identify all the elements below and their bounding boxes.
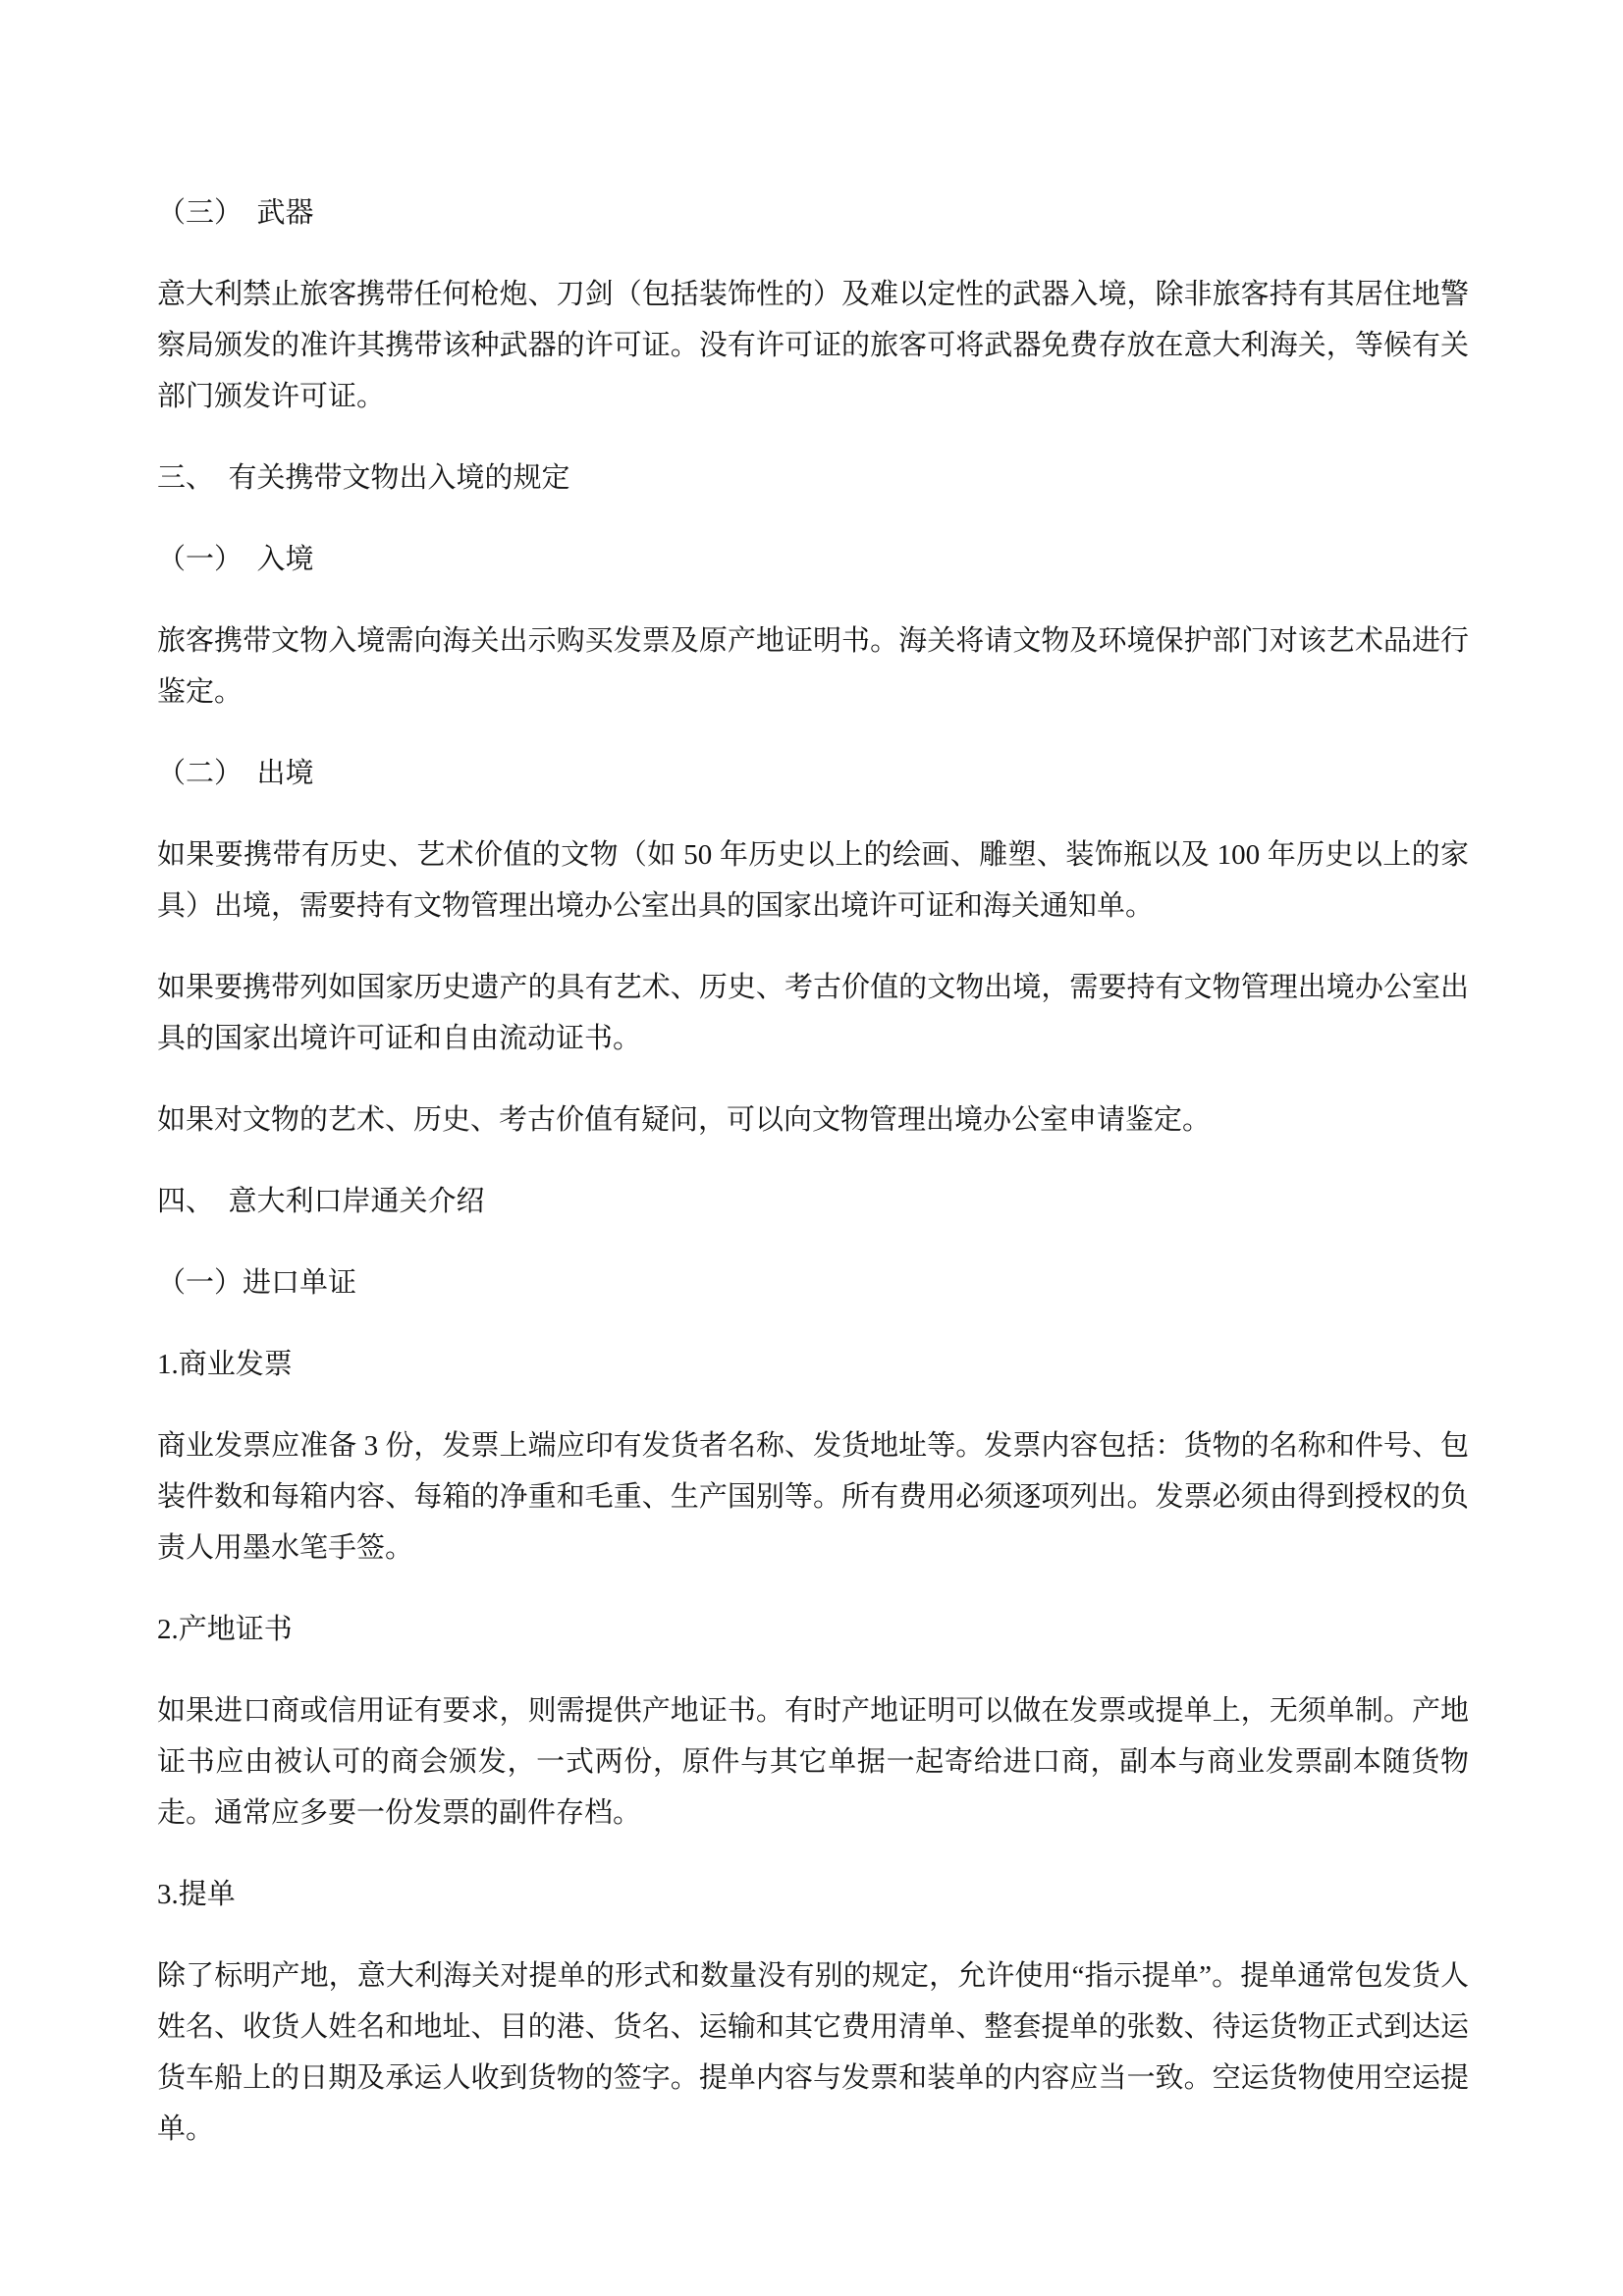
paragraph-exit-rule-1: 如果要携带有历史、艺术价值的文物（如 50 年历史以上的绘画、雕塑、装饰瓶以及 …: [157, 829, 1469, 932]
paragraph-weapons-rule: 意大利禁止旅客携带任何枪炮、刀剑（包括装饰性的）及难以定性的武器入境，除非旅客持…: [157, 269, 1469, 422]
heading-commercial-invoice: 1.商业发票: [157, 1339, 1469, 1390]
heading-part-3-cultural-relics: 三、 有关携带文物出入境的规定: [157, 453, 1469, 504]
paragraph-entry-rule: 旅客携带文物入境需向海关出示购买发票及原产地证明书。海关将请文物及环境保护部门对…: [157, 615, 1469, 718]
heading-entry: （一） 入境: [157, 534, 1469, 585]
paragraph-exit-rule-2: 如果要携带列如国家历史遗产的具有艺术、历史、考古价值的文物出境，需要持有文物管理…: [157, 962, 1469, 1064]
paragraph-commercial-invoice: 商业发票应准备 3 份，发票上端应印有发货者名称、发货地址等。发票内容包括：货物…: [157, 1420, 1469, 1574]
heading-exit: （二） 出境: [157, 748, 1469, 799]
paragraph-bill-of-lading: 除了标明产地，意大利海关对提单的形式和数量没有别的规定，允许使用“指示提单”。提…: [157, 1950, 1469, 2155]
heading-bill-of-lading: 3.提单: [157, 1869, 1469, 1920]
paragraph-exit-appraisal: 如果对文物的艺术、历史、考古价值有疑问，可以向文物管理出境办公室申请鉴定。: [157, 1095, 1469, 1146]
heading-part-4-customs-intro: 四、 意大利口岸通关介绍: [157, 1176, 1469, 1227]
heading-certificate-of-origin: 2.产地证书: [157, 1604, 1469, 1655]
heading-section-3-weapons: （三） 武器: [157, 187, 1469, 239]
heading-import-documents: （一）进口单证: [157, 1257, 1469, 1308]
document-page: （三） 武器 意大利禁止旅客携带任何枪炮、刀剑（包括装饰性的）及难以定性的武器入…: [0, 0, 1623, 2296]
paragraph-certificate-of-origin: 如果进口商或信用证有要求，则需提供产地证书。有时产地证明可以做在发票或提单上，无…: [157, 1685, 1469, 1839]
